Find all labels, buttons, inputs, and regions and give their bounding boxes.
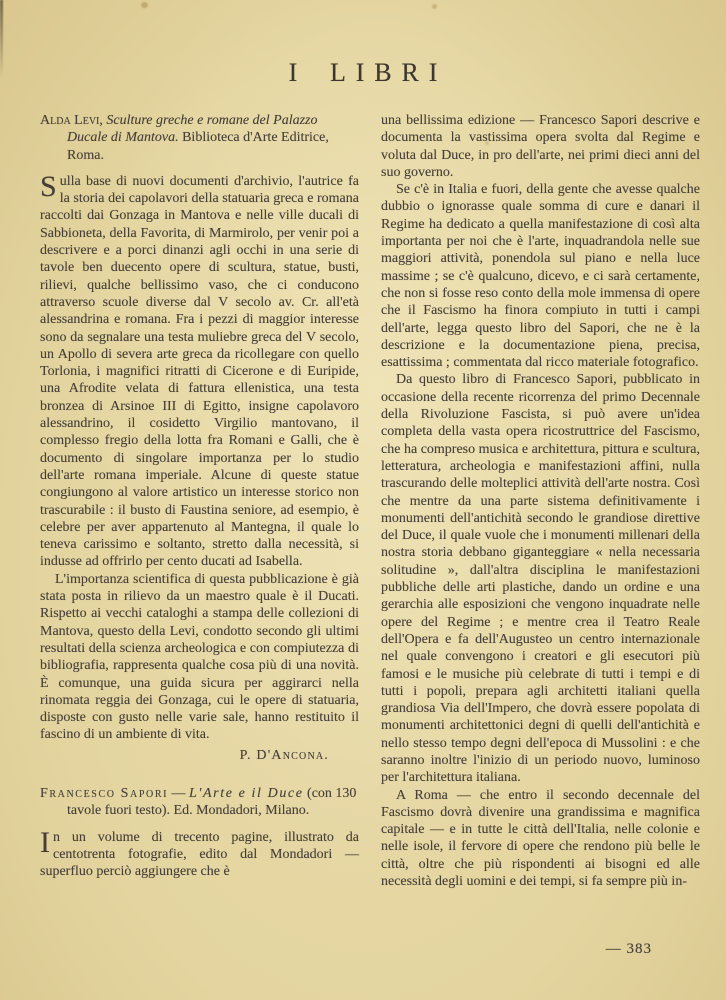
drop-cap: S xyxy=(40,173,60,199)
paper-stain xyxy=(141,2,148,8)
right-column: una bellissima edizione — Francesco Sapo… xyxy=(381,112,700,890)
paper-stain xyxy=(432,4,437,9)
right-paragraph-4: A Roma — che entro il secondo decennale … xyxy=(381,787,700,891)
review-2-paragraph-1: In un volume di trecento pagine, illustr… xyxy=(40,829,359,881)
left-column: Alda Levi, Sculture greche e romane del … xyxy=(40,112,359,890)
right-paragraph-3: Da questo libro di Francesco Sapori, pub… xyxy=(381,371,700,786)
dash-separator: — xyxy=(172,786,186,801)
paragraph-text: ulla base di nuovi documenti d'archivio,… xyxy=(40,174,359,570)
drop-cap: I xyxy=(40,829,53,855)
page-number: — 383 xyxy=(606,941,652,958)
right-paragraph-1: una bellissima edizione — Francesco Sapo… xyxy=(381,112,700,181)
two-column-text: Alda Levi, Sculture greche e romane del … xyxy=(0,88,726,890)
review-2-author: Francesco Sapori xyxy=(40,786,168,801)
scan-edge-shadow xyxy=(0,0,3,78)
page-title: I LIBRI xyxy=(0,58,726,88)
review-1-heading: Alda Levi, Sculture greche e romane del … xyxy=(40,112,359,164)
review-2-heading: Francesco Sapori — L'Arte e il Duce (con… xyxy=(40,785,359,820)
paragraph-text: n un volume di trecento pagine, illustra… xyxy=(40,830,359,880)
reviewer-signature: P. D'Ancona. xyxy=(40,747,359,764)
review-2-book-title: L'Arte e il Duce xyxy=(189,786,304,801)
paper-stain xyxy=(485,141,489,145)
right-paragraph-2: Se c'è in Italia e fuori, della gente ch… xyxy=(381,181,700,371)
scanned-book-page: I LIBRI Alda Levi, Sculture greche e rom… xyxy=(0,0,726,1000)
review-1-author: Alda Levi, xyxy=(40,113,103,128)
review-1-paragraph-2: L'importanza scientifica di questa pubbl… xyxy=(40,571,359,744)
review-1-paragraph-1: Sulla base di nuovi documenti d'archivio… xyxy=(40,173,359,571)
